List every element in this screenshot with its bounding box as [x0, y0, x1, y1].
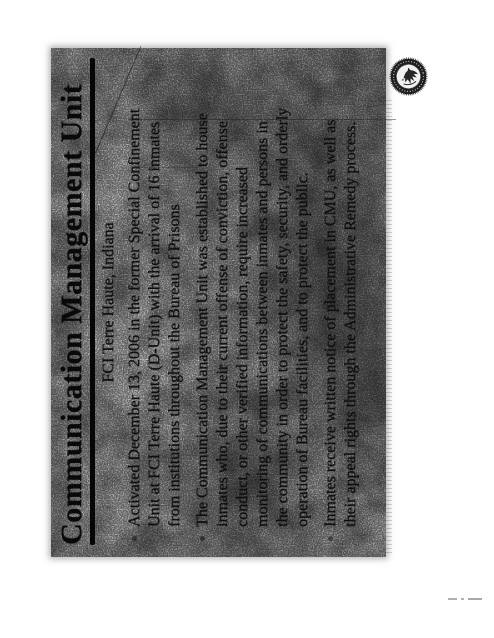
- text-line: operation of Bureau facilities, and to p…: [293, 52, 313, 527]
- bullet-icon: [328, 536, 333, 541]
- text-line: Activated December 13, 2006 in the forme…: [125, 52, 145, 527]
- text-line: The Communication Management Unit was es…: [193, 52, 213, 527]
- text-line: their appeal rights through the Administ…: [341, 52, 361, 527]
- text-line: from institutions throughout the Bureau …: [165, 52, 185, 527]
- title-underline-rule: [90, 58, 95, 545]
- scan-edge-speckle: [386, 100, 392, 556]
- slide-subtitle: FCI Terre Haute, Indiana: [99, 48, 119, 557]
- text-line: inmates who, due to their current offens…: [213, 52, 233, 527]
- scanned-slide-region: Communication Management Unit FCI Terre …: [51, 48, 386, 557]
- rotated-slide: Communication Management Unit FCI Terre …: [51, 48, 386, 557]
- text-line: conduct, or other verified information, …: [233, 52, 253, 527]
- faint-dash-artifact: [468, 598, 482, 600]
- bullet-icon: [132, 536, 137, 541]
- text-line: Unit at FCI Terre Haute (D-Unit) with th…: [145, 52, 165, 527]
- faint-dash-artifact: [448, 598, 457, 600]
- faint-dash-artifact: [461, 598, 464, 600]
- text-line: monitoring of communications between inm…: [253, 52, 273, 527]
- bullet-icon: [200, 536, 205, 541]
- bullet-paragraph: The Communication Management Unit was es…: [193, 52, 313, 527]
- slide-content: Communication Management Unit FCI Terre …: [51, 48, 386, 557]
- federal-eagle-seal-icon: [389, 57, 428, 96]
- slide-title: Communication Management Unit: [55, 56, 89, 545]
- bullet-paragraph: Inmates receive written notice of placem…: [321, 52, 361, 527]
- text-line: the community in order to protect the sa…: [273, 52, 293, 527]
- bullet-paragraph: Activated December 13, 2006 in the forme…: [125, 52, 185, 527]
- text-line: Inmates receive written notice of placem…: [321, 52, 341, 527]
